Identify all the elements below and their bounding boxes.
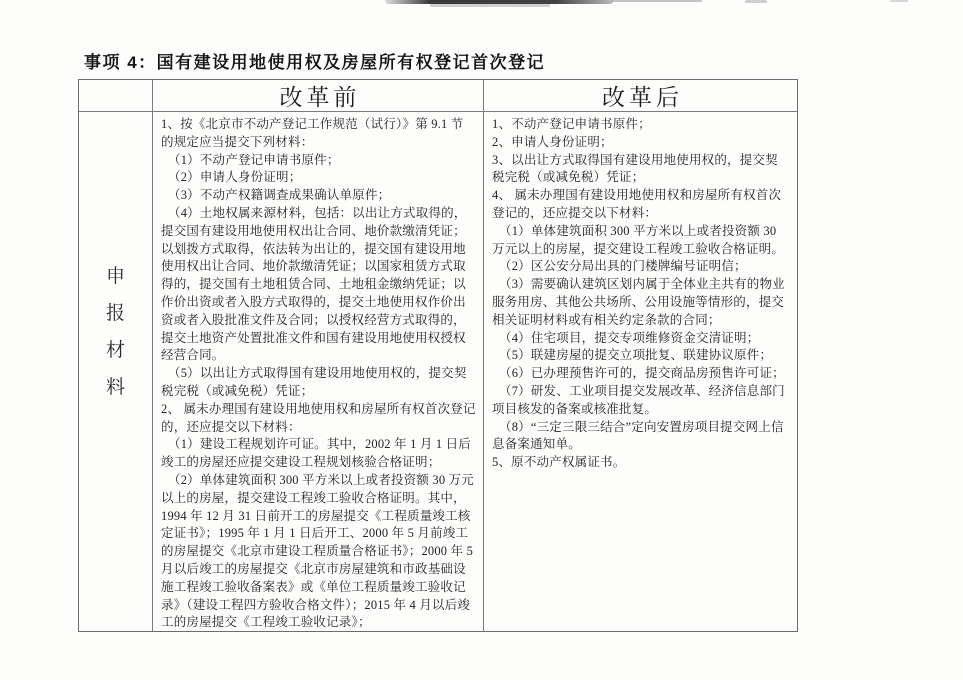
row-header-char: 料	[106, 369, 125, 406]
scan-artifact	[890, 0, 908, 2]
before-reform-cell: 1、按《北京市不动产登记工作规范（试行）》第 9.1 节的规定应当提交下列材料：…	[153, 112, 484, 631]
column-header-after-reform: 改革后	[484, 80, 797, 112]
before-item: （3）不动产权籍调查成果确认单原件；	[161, 187, 476, 205]
row-header-char: 申	[106, 258, 125, 295]
after-item: （4）住宅项目，提交专项维修资金交清证明；	[492, 330, 790, 348]
after-item: （3）需要确认建筑区划内属于全体业主共有的物业服务用房、其他公共场所、公用设施等…	[492, 276, 790, 329]
scanned-document-page: 事项 4：国有建设用地使用权及房屋所有权登记首次登记 改革前 改革后 申 报 材…	[0, 0, 963, 680]
after-item: 5、原不动产权属证书。	[492, 454, 790, 472]
after-item: 3、以出让方式取得国有建设用地使用权的，提交契税完税（或减免税）凭证；	[492, 152, 790, 188]
after-item: （6）已办理预售许可的，提交商品房预售许可证；	[492, 365, 790, 383]
after-item: 2、申请人身份证明；	[492, 134, 790, 152]
scan-artifact	[745, 0, 767, 3]
row-header-char: 材	[106, 332, 125, 369]
after-reform-cell: 1、不动产登记申请书原件； 2、申请人身份证明； 3、以出让方式取得国有建设用地…	[484, 112, 797, 631]
after-item: （7）研发、工业项目提交发展改革、经济信息部门项目核发的备案或核准批复。	[492, 383, 790, 419]
corner-cell	[79, 80, 153, 112]
before-item: （2）申请人身份证明；	[161, 169, 476, 187]
before-item: 2、 属未办理国有建设用地使用权和房屋所有权首次登记的，还应提交以下材料：	[161, 401, 476, 437]
reform-comparison-table: 改革前 改革后 申 报 材 料 1、按《北京市不动产登记工作规范（试行）》第 9…	[78, 79, 798, 632]
after-item: （8）“三定三限三结合”定向安置房项目提交网上信息备案通知单。	[492, 419, 790, 455]
before-item: （2）单体建筑面积 300 平方米以上或者投资额 30 万元以上的房屋，提交建设…	[161, 472, 476, 631]
after-item: （5）联建房屋的提交立项批复、联建协议原件；	[492, 347, 790, 365]
after-item: （2）区公安分局出具的门楼牌编号证明信；	[492, 258, 790, 276]
scan-artifact	[612, 0, 702, 2]
before-item: （1）不动产登记申请书原件；	[161, 152, 476, 170]
after-item: 4、 属未办理国有建设用地使用权和房屋所有权首次登记的，还应提交以下材料：	[492, 187, 790, 223]
before-item: （5）以出让方式取得国有建设用地使用权的，提交契税完税（或减免税）凭证；	[161, 365, 476, 401]
before-item: （1）建设工程规划许可证。其中，2002 年 1 月 1 日后竣工的房屋还应提交…	[161, 436, 476, 472]
after-item: （1）单体建筑面积 300 平方米以上或者投资额 30 万元以上的房屋，提交建设…	[492, 223, 790, 259]
before-item: 1、按《北京市不动产登记工作规范（试行）》第 9.1 节的规定应当提交下列材料：	[161, 116, 476, 152]
page-title: 事项 4：国有建设用地使用权及房屋所有权登记首次登记	[84, 48, 545, 73]
scan-artifact	[385, 0, 613, 4]
column-header-before-reform: 改革前	[153, 80, 484, 112]
row-header-char: 报	[106, 295, 125, 332]
before-item: （4）土地权属来源材料，包括：以出让方式取得的，提交国有建设用地使用权出让合同、…	[161, 205, 476, 365]
scan-artifact	[430, 4, 550, 7]
after-item: 1、不动产登记申请书原件；	[492, 116, 790, 134]
row-header-declaration-materials: 申 报 材 料	[79, 112, 153, 631]
